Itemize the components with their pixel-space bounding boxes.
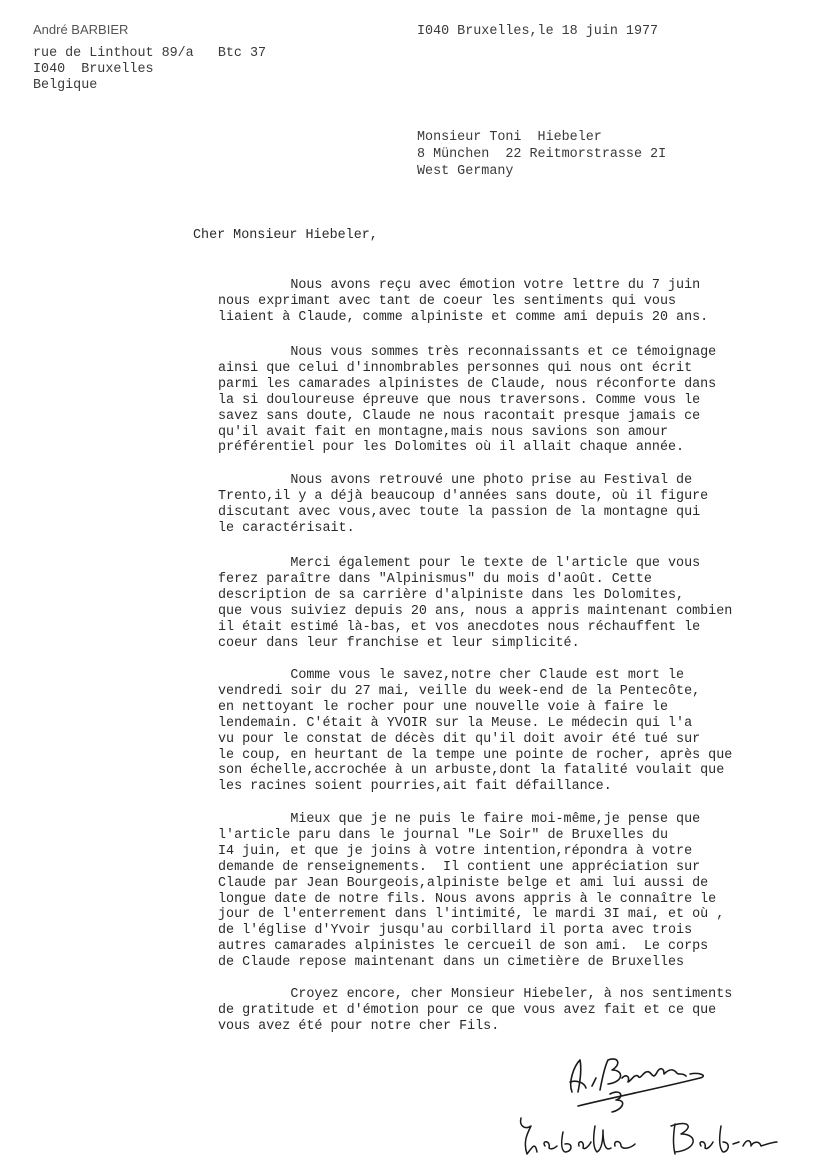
signature-andre-barbier [560, 1052, 720, 1117]
paragraph-line: liaient à Claude, comme alpiniste et com… [218, 310, 808, 326]
paragraph-line: jour de l'enterrement dans l'intimité, l… [218, 907, 808, 923]
paragraph-line: l'article paru dans le journal "Le Soir"… [218, 828, 808, 844]
paragraph-line: longue date de notre fils. Nous avons ap… [218, 892, 808, 908]
place-date: I040 Bruxelles,le 18 juin 1977 [417, 24, 658, 39]
paragraph-line: discutant avec vous,avec toute la passio… [218, 505, 808, 521]
paragraph-line: son échelle,accrochée à un arbuste,dont … [218, 763, 808, 779]
paragraph-line: vous avez été pour notre cher Fils. [218, 1019, 808, 1035]
paragraph-line: le caractérisait. [218, 521, 808, 537]
paragraph-line: en nettoyant le rocher pour une nouvelle… [218, 700, 808, 716]
paragraph-line: la si douloureuse épreuve que nous trave… [218, 393, 808, 409]
recipient-name: Monsieur Toni Hiebeler [417, 130, 602, 145]
paragraph-line: le coup, en heurtant de la tempe une poi… [218, 748, 808, 764]
paragraph-line: Claude par Jean Bourgeois,alpiniste belg… [218, 876, 808, 892]
sender-name: André BARBIER [33, 22, 128, 37]
paragraph-line: Comme vous le savez,notre cher Claude es… [218, 668, 808, 684]
paragraph-line: de Claude repose maintenant dans un cime… [218, 955, 808, 971]
sender-address-street: rue de Linthout 89/a Btc 37 [33, 46, 266, 61]
recipient-street: 8 München 22 Reitmorstrasse 2I [417, 147, 666, 162]
paragraph-closing: Croyez encore, cher Monsieur Hiebeler, à… [218, 987, 808, 1035]
paragraph-3: Nous avons retrouvé une photo prise au F… [218, 473, 808, 537]
paragraph-2: Nous vous sommes très reconnaissants et … [218, 345, 808, 456]
paragraph-5: Comme vous le savez,notre cher Claude es… [218, 668, 808, 795]
paragraph-line: Merci également pour le texte de l'artic… [218, 556, 808, 572]
paragraph-line: de l'église d'Yvoir jusqu'au corbillard … [218, 923, 808, 939]
paragraph-line: Nous vous sommes très reconnaissants et … [218, 345, 808, 361]
paragraph-line: il était estimé là-bas, et vos anecdotes… [218, 620, 808, 636]
signature-isabelle-barbier [515, 1112, 785, 1167]
paragraph-line: de gratitude et d'émotion pour ce que vo… [218, 1003, 808, 1019]
paragraph-line: les racines soient pourries,ait fait déf… [218, 779, 808, 795]
paragraph-line: qu'il avait fait en montagne,mais nous s… [218, 425, 808, 441]
paragraph-line: ferez paraître dans "Alpinismus" du mois… [218, 572, 808, 588]
paragraph-line: Nous avons reçu avec émotion votre lettr… [218, 278, 808, 294]
sender-address-city: I040 Bruxelles [33, 62, 154, 77]
paragraph-line: Trento,il y a déjà beaucoup d'années san… [218, 489, 808, 505]
recipient-country: West Germany [417, 164, 513, 179]
paragraph-line: Mieux que je ne puis le faire moi-même,j… [218, 812, 808, 828]
paragraph-line: Nous avons retrouvé une photo prise au F… [218, 473, 808, 489]
paragraph-line: nous exprimant avec tant de coeur les se… [218, 294, 808, 310]
paragraph-line: description de sa carrière d'alpiniste d… [218, 588, 808, 604]
letter-page: André BARBIER rue de Linthout 89/a Btc 3… [0, 0, 818, 1174]
paragraph-line: coeur dans leur franchise et leur simpli… [218, 636, 808, 652]
salutation: Cher Monsieur Hiebeler, [193, 228, 378, 243]
paragraph-line: autres camarades alpinistes le cercueil … [218, 939, 808, 955]
paragraph-line: vendredi soir du 27 mai, veille du week-… [218, 684, 808, 700]
paragraph-6: Mieux que je ne puis le faire moi-même,j… [218, 812, 808, 971]
paragraph-line: ainsi que celui d'innombrables personnes… [218, 361, 808, 377]
paragraph-line: Croyez encore, cher Monsieur Hiebeler, à… [218, 987, 808, 1003]
paragraph-line: I4 juin, et que je joins à votre intenti… [218, 844, 808, 860]
sender-address-country: Belgique [33, 78, 97, 93]
paragraph-line: parmi les camarades alpinistes de Claude… [218, 377, 808, 393]
paragraph-1: Nous avons reçu avec émotion votre lettr… [218, 278, 808, 326]
paragraph-line: vu pour le constat de décès dit qu'il do… [218, 732, 808, 748]
paragraph-line: préférentiel pour les Dolomites où il al… [218, 440, 808, 456]
paragraph-line: demande de renseignements. Il contient u… [218, 860, 808, 876]
paragraph-line: savez sans doute, Claude ne nous raconta… [218, 409, 808, 425]
paragraph-line: que vous suiviez depuis 20 ans, nous a a… [218, 604, 808, 620]
paragraph-line: lendemain. C'était à YVOIR sur la Meuse.… [218, 716, 808, 732]
paragraph-4: Merci également pour le texte de l'artic… [218, 556, 808, 651]
